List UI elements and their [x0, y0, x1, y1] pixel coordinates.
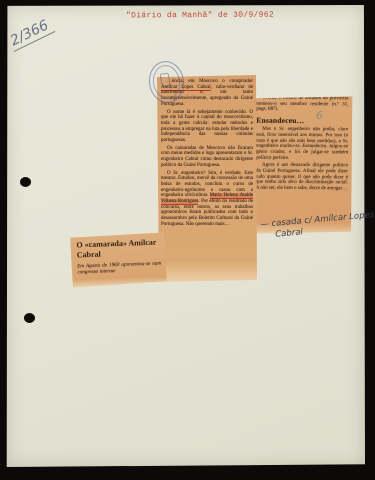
stamp-crest-icon: [160, 73, 171, 88]
clipping-middle-paragraph-2: O nome lá é sobejamente conhecido. O que…: [161, 110, 253, 144]
clipping-middle: …ência, em Moscovo o conspirador Amílcar…: [157, 75, 257, 282]
clipping-left: O «camarada» Amílcar Cabral Em Agosto de…: [70, 232, 167, 287]
clipping-right-top-fragment: …ória, o Centro de Estudos da província …: [256, 96, 348, 114]
clipping-middle-paragraph-4: O Sr. engenheiro? Sim, é verdade. Este m…: [161, 171, 253, 228]
punch-hole-icon: [24, 313, 35, 323]
clipping-left-body: Em Agosto de 1960 apresentou-se num cong…: [77, 261, 161, 276]
clipping-right-heading: Ensandeceu…: [256, 116, 348, 126]
clipping-middle-p4-question: O Sr. engenheiro?: [167, 171, 206, 176]
punch-hole-icon: [20, 177, 31, 187]
scan-backdrop: "Diário da Manhã" de 30/9/962 2/366 …ênc…: [0, 0, 375, 480]
typed-source-header: "Diário da Manhã" de 30/9/962: [110, 11, 290, 21]
clipping-middle-paragraph-3: Os camaradas de Moscovo não ficaram com …: [161, 146, 253, 169]
clipping-right-paragraph-2: Agora é um destacado dirigente político …: [256, 163, 348, 192]
pencil-number-note: 6: [315, 109, 323, 123]
clipping-left-headline: O «camarada» Amílcar Cabral: [76, 238, 161, 260]
clipping-right-paragraph-1: Mas o Sr. engenheiro não podia, claro es…: [256, 127, 348, 162]
